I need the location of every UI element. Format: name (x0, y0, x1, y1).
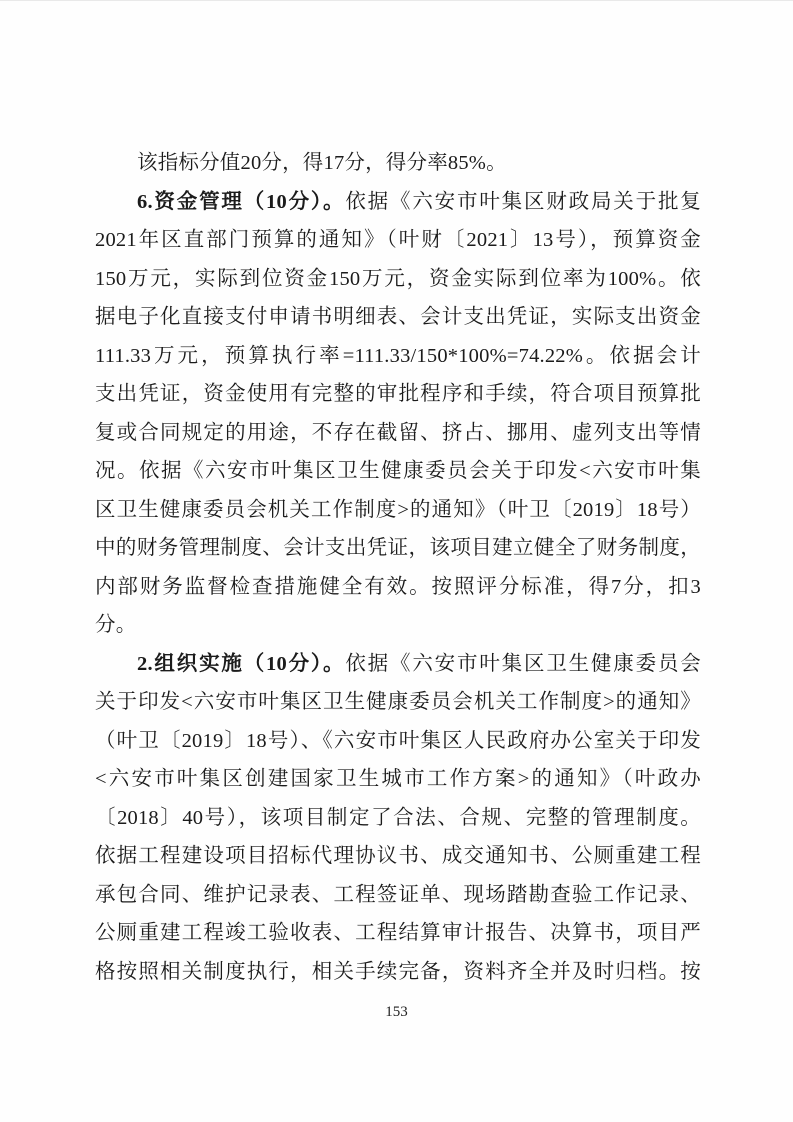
text-line: 区卫生健康委员会机关工作制度>的通知》（叶卫〔2019〕18号） (95, 491, 701, 530)
text-line: 内部财务监督检查措施健全有效。按照评分标准，得7分，扣3 (95, 568, 701, 607)
text-line: 2021年区直部门预算的通知》（叶财〔2021〕13号），预算资金 (95, 221, 701, 260)
body-text: 依据工程建设项目招标代理协议书、成交通知书、公厕重建工程 (95, 845, 701, 867)
body-text: 关于印发<六安市叶集区卫生健康委员会机关工作制度>的通知》 (95, 691, 701, 713)
text-line: 111.33万元，预算执行率=111.33/150*100%=74.22%。依据… (95, 337, 701, 376)
paragraph-section-6-fund-management: 6.资金管理（10分）。依据《六安市叶集区财政局关于批复2021年区直部门预算的… (95, 183, 701, 645)
page-number: 153 (385, 1004, 408, 1020)
body-text: 依据《六安市叶集区财政局关于批复 (345, 191, 701, 213)
body-text: 况。依据《六安市叶集区卫生健康委员会关于印发<六安市叶集 (95, 460, 701, 482)
text-line: 〔2018〕40号），该项目制定了合法、合规、完整的管理制度。 (95, 799, 701, 838)
text-line: 2.组织实施（10分）。依据《六安市叶集区卫生健康委员会 (95, 645, 701, 684)
body-text: 公厕重建工程竣工验收表、工程结算审计报告、决算书，项目严 (95, 922, 701, 944)
scan-edge-artifact (0, 0, 793, 1)
body-text: 2021年区直部门预算的通知》（叶财〔2021〕13号），预算资金 (95, 229, 701, 251)
body-text: 〔2018〕40号），该项目制定了合法、合规、完整的管理制度。 (95, 807, 701, 829)
text-line: 关于印发<六安市叶集区卫生健康委员会机关工作制度>的通知》 (95, 683, 701, 722)
body-text: 区卫生健康委员会机关工作制度>的通知》（叶卫〔2019〕18号） (95, 499, 701, 521)
body-text: 依据《六安市叶集区卫生健康委员会 (345, 653, 701, 675)
document-body: 该指标分值20分，得17分，得分率85%。6.资金管理（10分）。依据《六安市叶… (95, 144, 701, 991)
paragraph-indicator-score-summary: 该指标分值20分，得17分，得分率85%。 (95, 144, 701, 183)
section-heading-text: 6.资金管理（10分）。 (137, 191, 345, 213)
text-line: （叶卫〔2019〕18号）、《六安市叶集区人民政府办公室关于印发 (95, 722, 701, 761)
body-text: 111.33万元，预算执行率=111.33/150*100%=74.22%。依据… (95, 345, 701, 367)
section-heading-text: 2.组织实施（10分）。 (137, 653, 345, 675)
text-line: 承包合同、维护记录表、工程签证单、现场踏勘查验工作记录、 (95, 876, 701, 915)
text-line: 复或合同规定的用途，不存在截留、挤占、挪用、虚列支出等情 (95, 414, 701, 453)
body-text: 支出凭证，资金使用有完整的审批程序和手续，符合项目预算批 (95, 383, 701, 405)
text-line: 中的财务管理制度、会计支出凭证，该项目建立健全了财务制度， (95, 529, 701, 568)
text-line: 依据工程建设项目招标代理协议书、成交通知书、公厕重建工程 (95, 837, 701, 876)
paragraph-section-2-organization-implementation: 2.组织实施（10分）。依据《六安市叶集区卫生健康委员会关于印发<六安市叶集区卫… (95, 645, 701, 992)
body-text: 该指标分值20分，得17分，得分率85%。 (137, 152, 507, 174)
body-text: 复或合同规定的用途，不存在截留、挤占、挪用、虚列支出等情 (95, 422, 701, 444)
body-text: 内部财务监督检查措施健全有效。按照评分标准，得7分，扣3 (95, 576, 701, 598)
text-line: 公厕重建工程竣工验收表、工程结算审计报告、决算书，项目严 (95, 914, 701, 953)
text-line: 支出凭证，资金使用有完整的审批程序和手续，符合项目预算批 (95, 375, 701, 414)
text-line: 格按照相关制度执行，相关手续完备，资料齐全并及时归档。按 (95, 953, 701, 992)
body-text: （叶卫〔2019〕18号）、《六安市叶集区人民政府办公室关于印发 (95, 730, 701, 752)
body-text: 承包合同、维护记录表、工程签证单、现场踏勘查验工作记录、 (95, 884, 701, 906)
document-page: 该指标分值20分，得17分，得分率85%。6.资金管理（10分）。依据《六安市叶… (0, 0, 793, 1122)
text-line: <六安市叶集区创建国家卫生城市工作方案>的通知》（叶政办 (95, 760, 701, 799)
text-line: 150万元，实际到位资金150万元，资金实际到位率为100%。依 (95, 260, 701, 299)
body-text: <六安市叶集区创建国家卫生城市工作方案>的通知》（叶政办 (95, 768, 701, 790)
body-text: 分。 (95, 614, 136, 636)
body-text: 据电子化直接支付申请书明细表、会计支出凭证，实际支出资金 (95, 306, 701, 328)
body-text: 格按照相关制度执行，相关手续完备，资料齐全并及时归档。按 (95, 961, 701, 983)
text-line: 况。依据《六安市叶集区卫生健康委员会关于印发<六安市叶集 (95, 452, 701, 491)
text-line: 据电子化直接支付申请书明细表、会计支出凭证，实际支出资金 (95, 298, 701, 337)
text-line: 6.资金管理（10分）。依据《六安市叶集区财政局关于批复 (95, 183, 701, 222)
text-line: 该指标分值20分，得17分，得分率85%。 (95, 144, 701, 183)
body-text: 150万元，实际到位资金150万元，资金实际到位率为100%。依 (95, 268, 701, 290)
text-line: 分。 (95, 606, 701, 645)
page-footer: 153 (0, 1003, 793, 1021)
body-text: 中的财务管理制度、会计支出凭证，该项目建立健全了财务制度， (95, 537, 701, 559)
